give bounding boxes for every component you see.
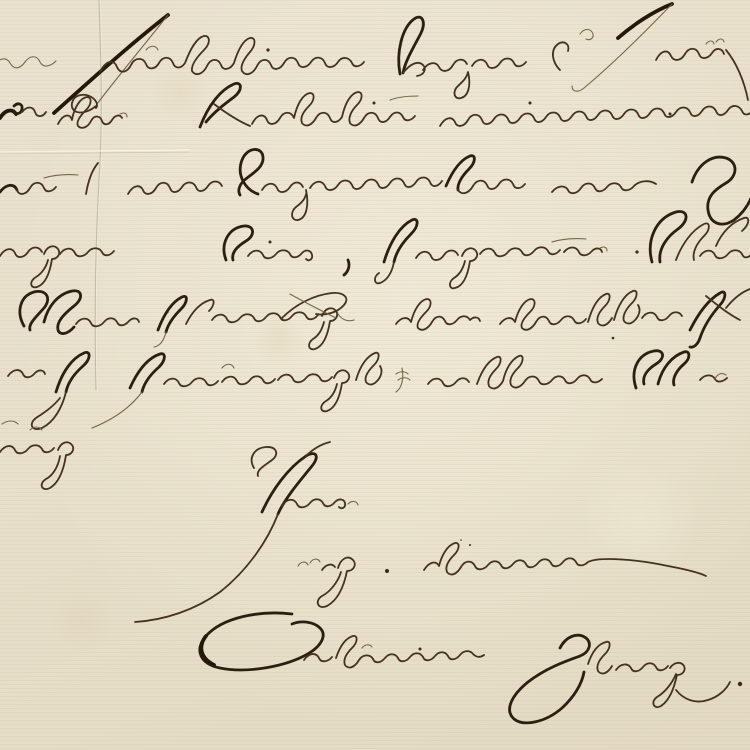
handwriting-line-1 bbox=[0, 4, 748, 113]
handwriting-ink-layer bbox=[0, 0, 750, 750]
handwriting-line-6 bbox=[8, 351, 727, 429]
handwriting-line-3 bbox=[0, 149, 750, 224]
handwriting-line-4 bbox=[0, 211, 750, 288]
handwriting-word-ergebene bbox=[298, 539, 706, 607]
handwriting-line-7 bbox=[0, 421, 73, 489]
letter-page: …n freundlichen Besuch wäh… …d der Krank… bbox=[0, 0, 750, 750]
handwriting-line-2 bbox=[0, 83, 750, 127]
handwriting-line-5 bbox=[20, 289, 750, 349]
signature bbox=[200, 613, 742, 723]
